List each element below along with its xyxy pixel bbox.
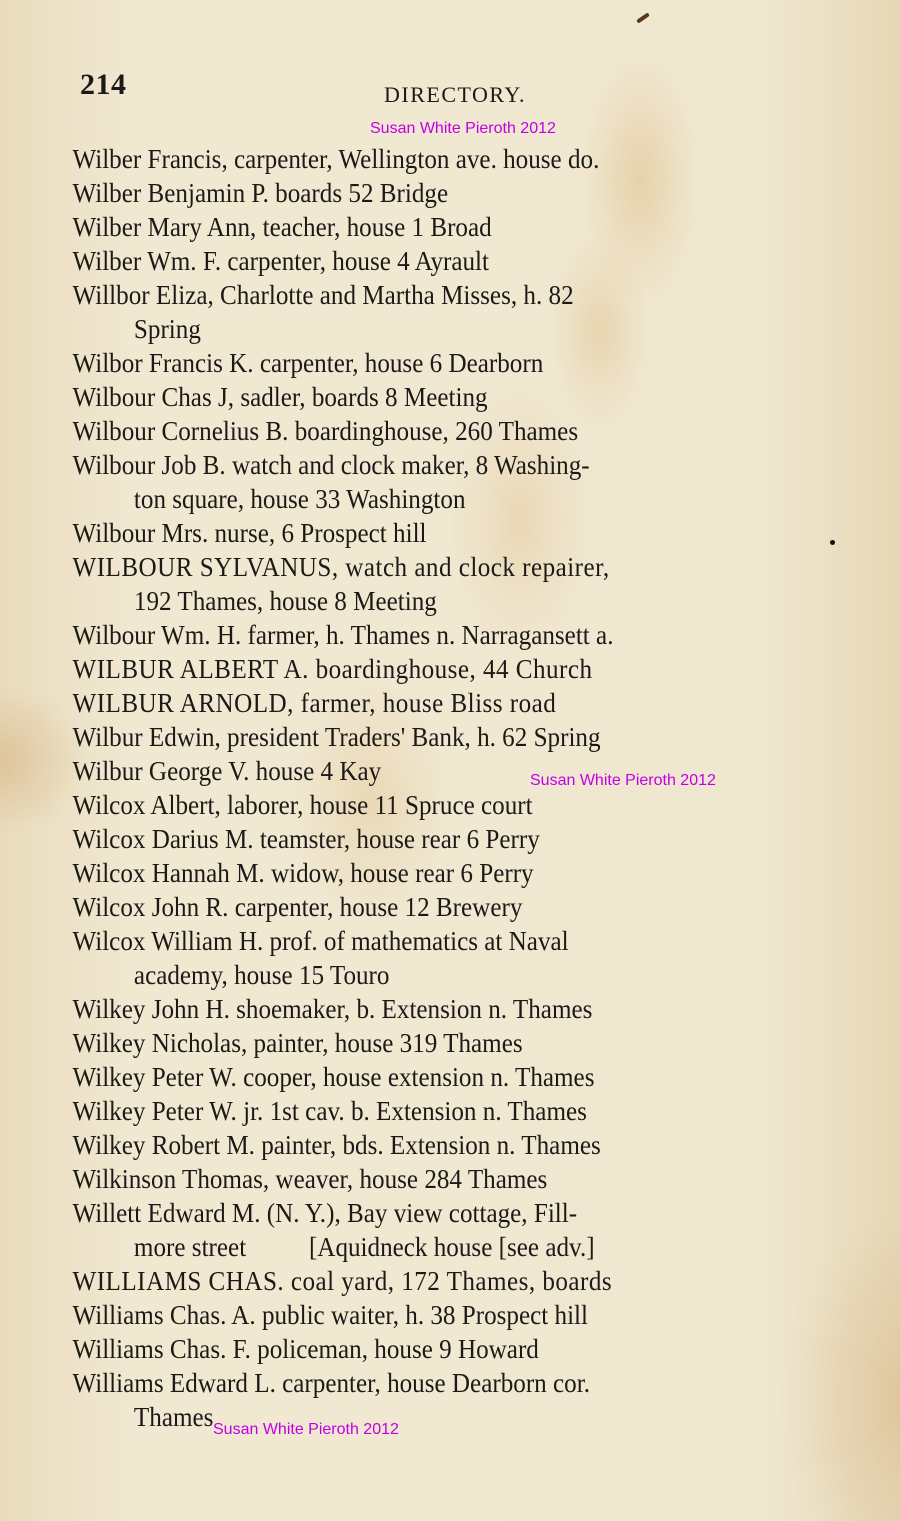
entry-continuation: Thames: [73, 1400, 804, 1434]
watermark: Susan White Pieroth 2012: [370, 120, 556, 138]
directory-entry: Wilbour Job B. watch and clock maker, 8 …: [0, 448, 837, 516]
directory-entry: Williams Edward L. carpenter, house Dear…: [0, 1366, 837, 1434]
directory-entry: Wilber Mary Ann, teacher, house 1 Broad: [0, 210, 837, 244]
watermark: Susan White Pieroth 2012: [530, 772, 716, 790]
directory-entry: Wilkey John H. shoemaker, b. Extension n…: [0, 992, 837, 1026]
directory-entry: WILLIAMS CHAS. coal yard, 172 Thames, bo…: [0, 1264, 837, 1298]
directory-entry: Wilbur Edwin, president Traders' Bank, h…: [0, 720, 837, 754]
directory-entry: Wilbour Cornelius B. boardinghouse, 260 …: [0, 414, 837, 448]
directory-entry: Wilcox Albert, laborer, house 11 Spruce …: [0, 788, 837, 822]
directory-entry: Wilcox Darius M. teamster, house rear 6 …: [0, 822, 837, 856]
directory-entry: Wilber Wm. F. carpenter, house 4 Ayrault: [0, 244, 837, 278]
directory-entry: WILBUR ARNOLD, farmer, house Bliss road: [0, 686, 837, 720]
directory-entry: Wilkinson Thomas, weaver, house 284 Tham…: [0, 1162, 837, 1196]
directory-entry: Wilkey Peter W. jr. 1st cav. b. Extensio…: [0, 1094, 837, 1128]
directory-entry: Willett Edward M. (N. Y.), Bay view cott…: [0, 1196, 837, 1264]
directory-entry: Wilkey Robert M. painter, bds. Extension…: [0, 1128, 837, 1162]
directory-entry: Wilbour Mrs. nurse, 6 Prospect hill: [0, 516, 837, 550]
entry-continuation: more street [Aquidneck house [see adv.]: [73, 1230, 804, 1264]
directory-entry: Wilcox Hannah M. widow, house rear 6 Per…: [0, 856, 837, 890]
directory-entry: Williams Chas. F. policeman, house 9 How…: [0, 1332, 837, 1366]
ink-dot: [830, 540, 835, 545]
watermark: Susan White Pieroth 2012: [213, 1421, 399, 1439]
directory-entry: Wilbour Wm. H. farmer, h. Thames n. Narr…: [0, 618, 837, 652]
directory-entry: Wilber Benjamin P. boards 52 Bridge: [0, 176, 837, 210]
running-head: DIRECTORY.: [384, 82, 526, 108]
entry-continuation: ton square, house 33 Washington: [73, 482, 804, 516]
directory-entry: Wilcox William H. prof. of mathematics a…: [0, 924, 837, 992]
entry-continuation: Spring: [73, 312, 804, 346]
entry-continuation: academy, house 15 Touro: [73, 958, 804, 992]
directory-entry: Wilber Francis, carpenter, Wellington av…: [0, 142, 837, 176]
directory-entry: Williams Chas. A. public waiter, h. 38 P…: [0, 1298, 837, 1332]
directory-entry: Wilbor Francis K. carpenter, house 6 Dea…: [0, 346, 837, 380]
directory-entry: Wilbour Chas J, sadler, boards 8 Meeting: [0, 380, 837, 414]
ink-mark: [636, 12, 650, 23]
directory-entry: Willbor Eliza, Charlotte and Martha Miss…: [0, 278, 837, 346]
directory-entry: Wilcox John R. carpenter, house 12 Brewe…: [0, 890, 837, 924]
directory-entry: Wilkey Peter W. cooper, house extension …: [0, 1060, 837, 1094]
directory-entry: WILBOUR SYLVANUS, watch and clock repair…: [0, 550, 837, 618]
directory-entries: Wilber Francis, carpenter, Wellington av…: [0, 142, 900, 1434]
directory-entry: WILBUR ALBERT A. boardinghouse, 44 Churc…: [0, 652, 837, 686]
page-number: 214: [80, 68, 127, 102]
directory-entry: Wilkey Nicholas, painter, house 319 Tham…: [0, 1026, 837, 1060]
entry-continuation: 192 Thames, house 8 Meeting: [73, 584, 804, 618]
